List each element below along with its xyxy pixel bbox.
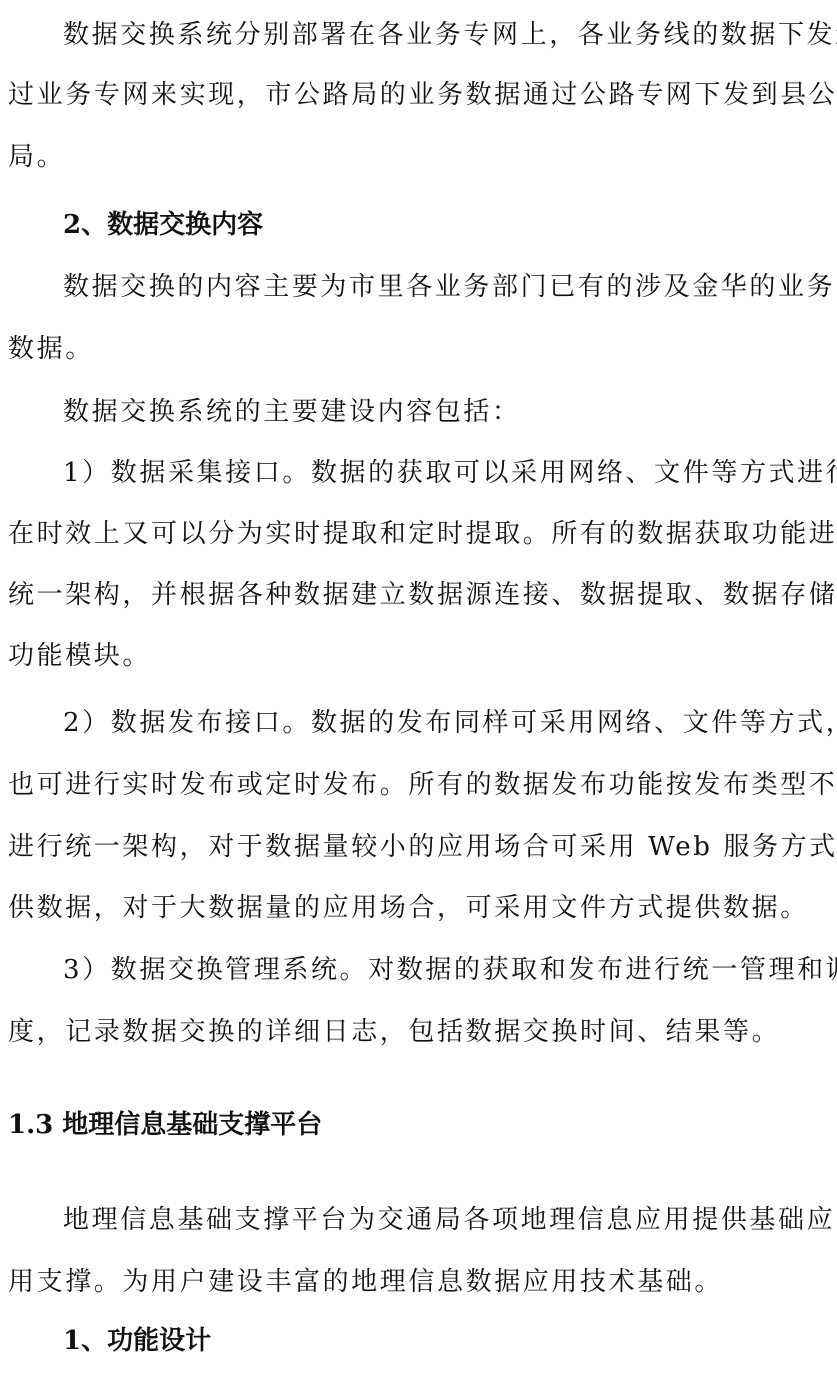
subheading-function-design: 1、功能设计 xyxy=(63,1326,211,1356)
text-line: 用支撑。为用户建设丰富的地理信息数据应用技术基础。 xyxy=(8,1267,723,1297)
text-line: 过业务专网来实现，市公路局的业务数据通过公路专网下发到县公路 xyxy=(8,80,837,110)
text-line: 进行统一架构，对于数据量较小的应用场合可采用 Web 服务方式提 xyxy=(8,832,837,862)
text-line: 2）数据发布接口。数据的发布同样可采用网络、文件等方式， xyxy=(63,708,837,738)
text-line: 数据交换系统的主要建设内容包括： xyxy=(63,397,521,427)
text-line: 数据交换系统分别部署在各业务专网上，各业务线的数据下发通 xyxy=(63,20,837,50)
text-line: 统一架构，并根据各种数据建立数据源连接、数据提取、数据存储等 xyxy=(8,580,837,610)
section-heading-gis-platform: 1.3 地理信息基础支撑平台 xyxy=(8,1110,322,1140)
text-line: 功能模块。 xyxy=(8,641,151,671)
text-line: 供数据，对于大数据量的应用场合，可采用文件方式提供数据。 xyxy=(8,893,809,923)
text-line: 局。 xyxy=(8,142,65,172)
text-line: 3）数据交换管理系统。对数据的获取和发布进行统一管理和调 xyxy=(63,955,837,985)
text-line: 数据交换的内容主要为市里各业务部门已有的涉及金华的业务 xyxy=(63,272,835,302)
text-line: 数据。 xyxy=(8,334,94,364)
text-line: 也可进行实时发布或定时发布。所有的数据发布功能按发布类型不同 xyxy=(8,770,837,800)
subheading-data-exchange-content: 2、数据交换内容 xyxy=(63,210,263,240)
text-line: 1）数据采集接口。数据的获取可以采用网络、文件等方式进行， xyxy=(63,458,837,488)
text-line: 在时效上又可以分为实时提取和定时提取。所有的数据获取功能进行 xyxy=(8,519,837,549)
text-line: 度，记录数据交换的详细日志，包括数据交换时间、结果等。 xyxy=(8,1017,780,1047)
text-line: 地理信息基础支撑平台为交通局各项地理信息应用提供基础应 xyxy=(63,1205,835,1235)
